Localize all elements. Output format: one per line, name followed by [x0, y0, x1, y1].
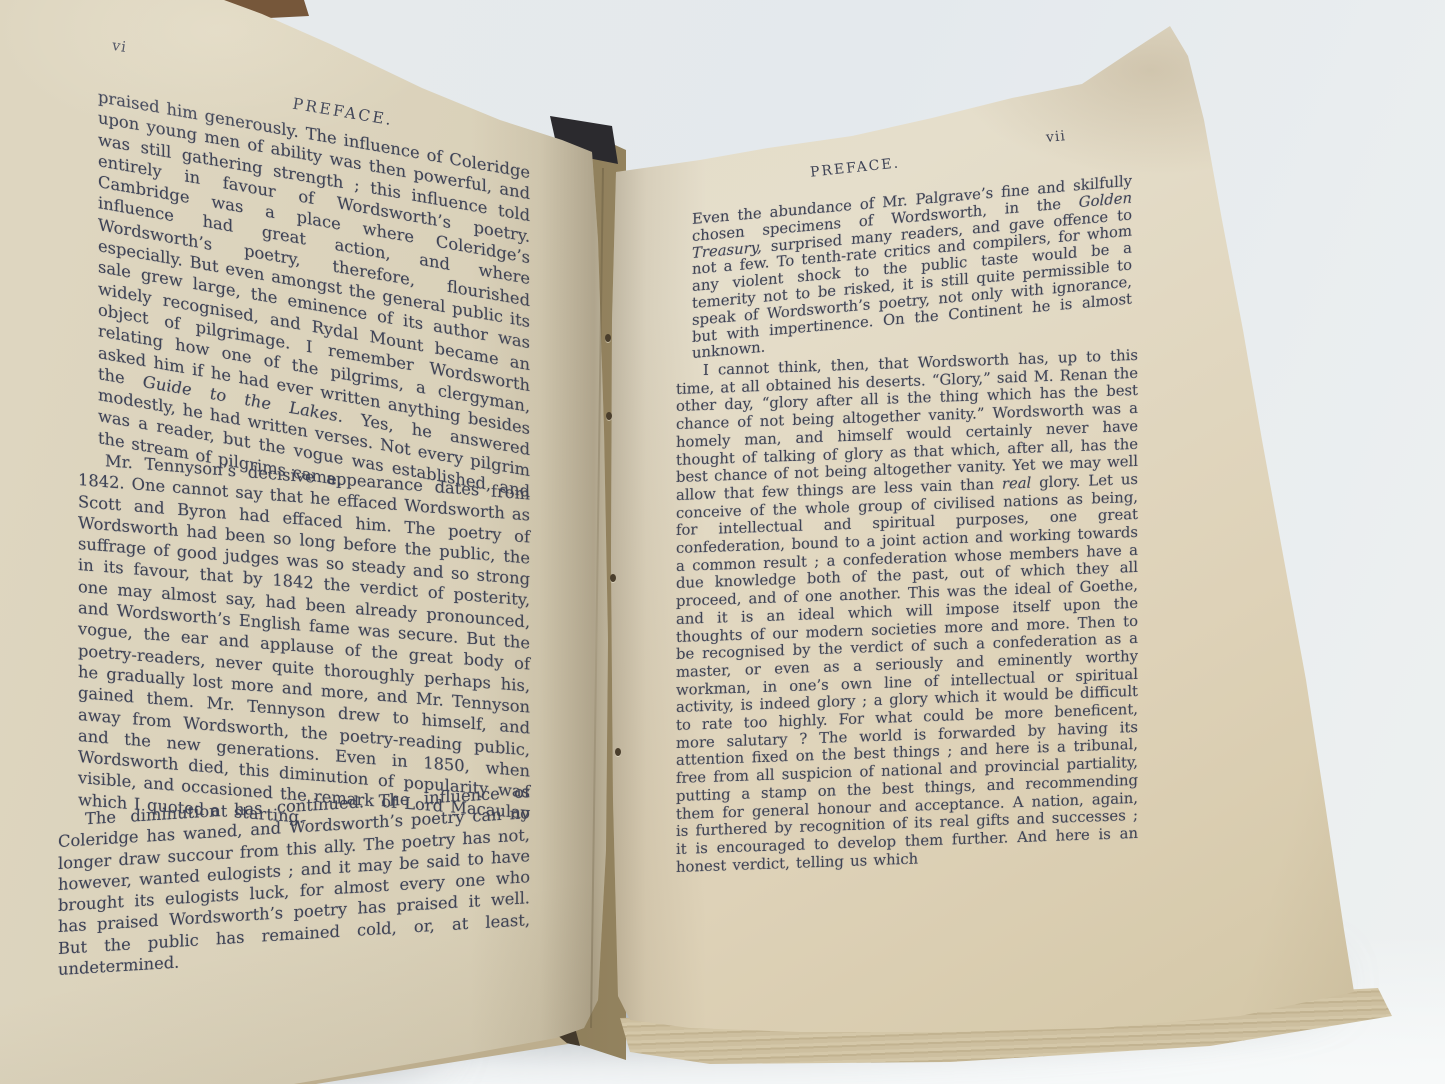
- text-segment: Mr. Tennyson’s decisive appearance dates…: [78, 451, 530, 826]
- paragraph: The diminution has continued. The influe…: [58, 781, 530, 980]
- left-page-number: vi: [111, 38, 128, 56]
- text-segment: The diminution has continued. The influe…: [58, 782, 530, 979]
- text-segment: glory. Let us conceive of the whole grou…: [676, 471, 1138, 876]
- right-page-header: PREFACE.: [809, 155, 900, 180]
- left-page-text: praised him generously. The influence of…: [56, 86, 530, 980]
- stitch-hole: [605, 334, 611, 342]
- italic-text: real: [1002, 475, 1031, 493]
- book-photo: vi PREFACE. praised him generously. The …: [0, 0, 1445, 1084]
- stitch-hole: [610, 574, 616, 582]
- paragraph: Even the abundance of Mr. Palgrave’s fin…: [692, 174, 1132, 364]
- stitch-hole: [606, 412, 612, 420]
- right-page-text: Even the abundance of Mr. Palgrave’s fin…: [648, 212, 1126, 877]
- paragraph: I cannot think, then, that Wordsworth ha…: [676, 347, 1138, 877]
- stitch-hole: [615, 748, 621, 756]
- right-page-number: vii: [1045, 128, 1066, 146]
